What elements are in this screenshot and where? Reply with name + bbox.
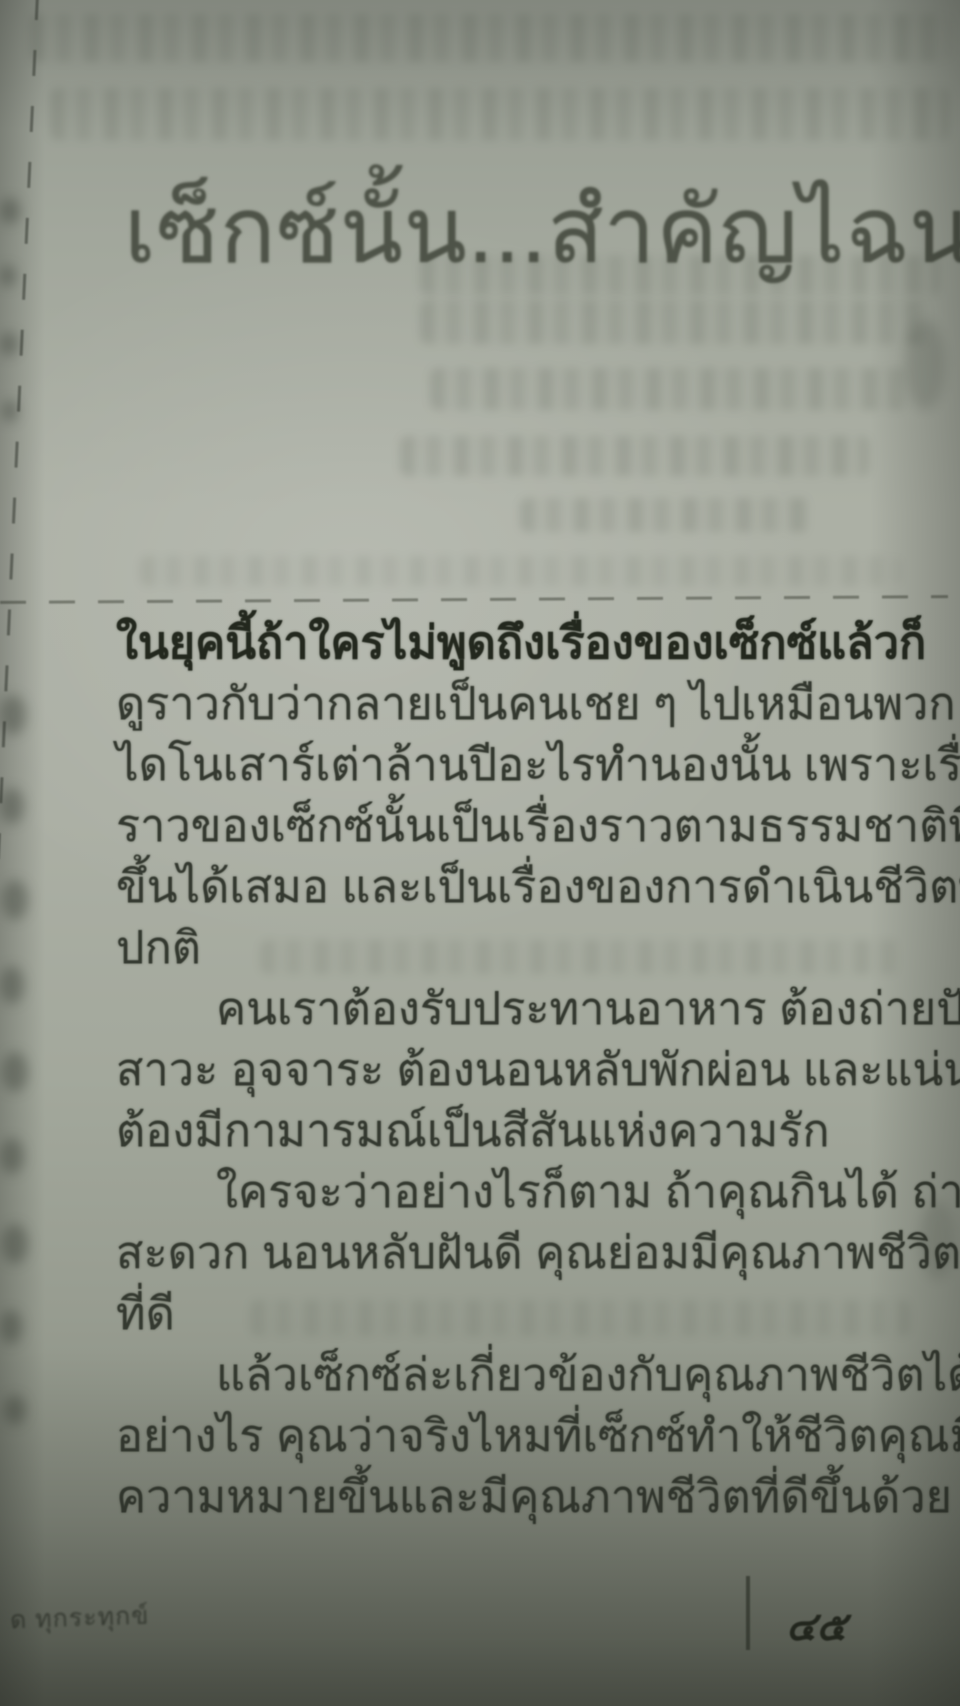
- paragraph-line: สาวะ อุจจาระ ต้องนอนหลับพักผ่อน และแน่นอ…: [116, 1039, 906, 1100]
- body-text: ในยุคนี้ถ้าใครไม่พูดถึงเรื่องของเซ็กซ์แล…: [116, 612, 906, 1527]
- ghost-showthrough: [140, 556, 900, 586]
- edge-smudge: [2, 1052, 28, 1092]
- paragraph-line: ความหมายขึ้นและมีคุณภาพชีวิตที่ดีขึ้นด้ว…: [116, 1466, 906, 1527]
- ghost-showthrough: [400, 436, 870, 476]
- edge-smudge: [4, 1395, 26, 1425]
- paragraph-line: ที่ดี: [116, 1283, 906, 1344]
- edge-smudge: [2, 880, 28, 920]
- paragraph-line: ใครจะว่าอย่างไรก็ตาม ถ้าคุณกินได้ ถ่าย: [116, 1161, 906, 1222]
- page-number: ๔๕: [786, 1594, 847, 1658]
- paragraph-line: ราวของเซ็กซ์นั้นเป็นเรื่องราวตามธรรมชาติ…: [116, 795, 906, 856]
- paragraph-line: คนเราต้องรับประทานอาหาร ต้องถ่ายปัส-: [116, 978, 906, 1039]
- chapter-title: เซ็กซ์นั้น...สำคัญไฉน: [124, 156, 844, 303]
- fold-crease-vertical: [0, 0, 39, 1498]
- edge-smudge: [0, 265, 16, 287]
- paragraph-line: อย่างไร คุณว่าจริงไหมที่เซ็กซ์ทำให้ชีวิต…: [116, 1405, 906, 1466]
- edge-smudge: [905, 320, 945, 410]
- ghost-showthrough: [30, 14, 950, 62]
- paragraph-line: ปกติ: [116, 917, 906, 978]
- paragraph-line: ไดโนเสาร์เต่าล้านปีอะไรทำนองนั้น เพราะเร…: [116, 734, 906, 795]
- paragraph-line: ต้องมีกามารมณ์เป็นสีสันแห่งความรัก: [116, 1100, 906, 1161]
- ghost-showthrough: [520, 498, 810, 532]
- running-footer-title: ด ทุกระทุกข์: [9, 1596, 150, 1641]
- edge-smudge: [0, 788, 24, 824]
- edge-smudge: [0, 332, 18, 356]
- book-page-photo: เซ็กซ์นั้น...สำคัญไฉน ในยุคนี้ถ้าใครไม่พ…: [0, 0, 960, 1706]
- paragraph-line: ขึ้นได้เสมอ และเป็นเรื่องของการดำเนินชีว…: [116, 856, 906, 917]
- dashed-divider-horizontal: [0, 595, 948, 604]
- paragraph-line: แล้วเซ็กซ์ล่ะเกี่ยวข้องกับคุณภาพชีวิตได้: [116, 1344, 906, 1405]
- edge-smudge: [0, 695, 26, 735]
- edge-smudge: [2, 1224, 28, 1264]
- edge-smudge: [2, 400, 18, 422]
- edge-smudge: [0, 198, 20, 224]
- edge-smudge: [0, 1138, 24, 1174]
- edge-smudge: [0, 1310, 22, 1344]
- edge-smudge: [0, 966, 24, 1004]
- ghost-showthrough: [50, 88, 950, 140]
- paragraph-line: สะดวก นอนหลับฝันดี คุณย่อมมีคุณภาพชีวิต: [116, 1222, 906, 1283]
- footer-divider-line: [746, 1576, 750, 1650]
- ghost-showthrough: [430, 368, 910, 410]
- ghost-showthrough: [420, 300, 930, 344]
- paragraph-line: ในยุคนี้ถ้าใครไม่พูดถึงเรื่องของเซ็กซ์แล…: [116, 612, 906, 673]
- paragraph-line: ดูราวกับว่ากลายเป็นคนเชย ๆ ไปเหมือนพวก: [116, 673, 906, 734]
